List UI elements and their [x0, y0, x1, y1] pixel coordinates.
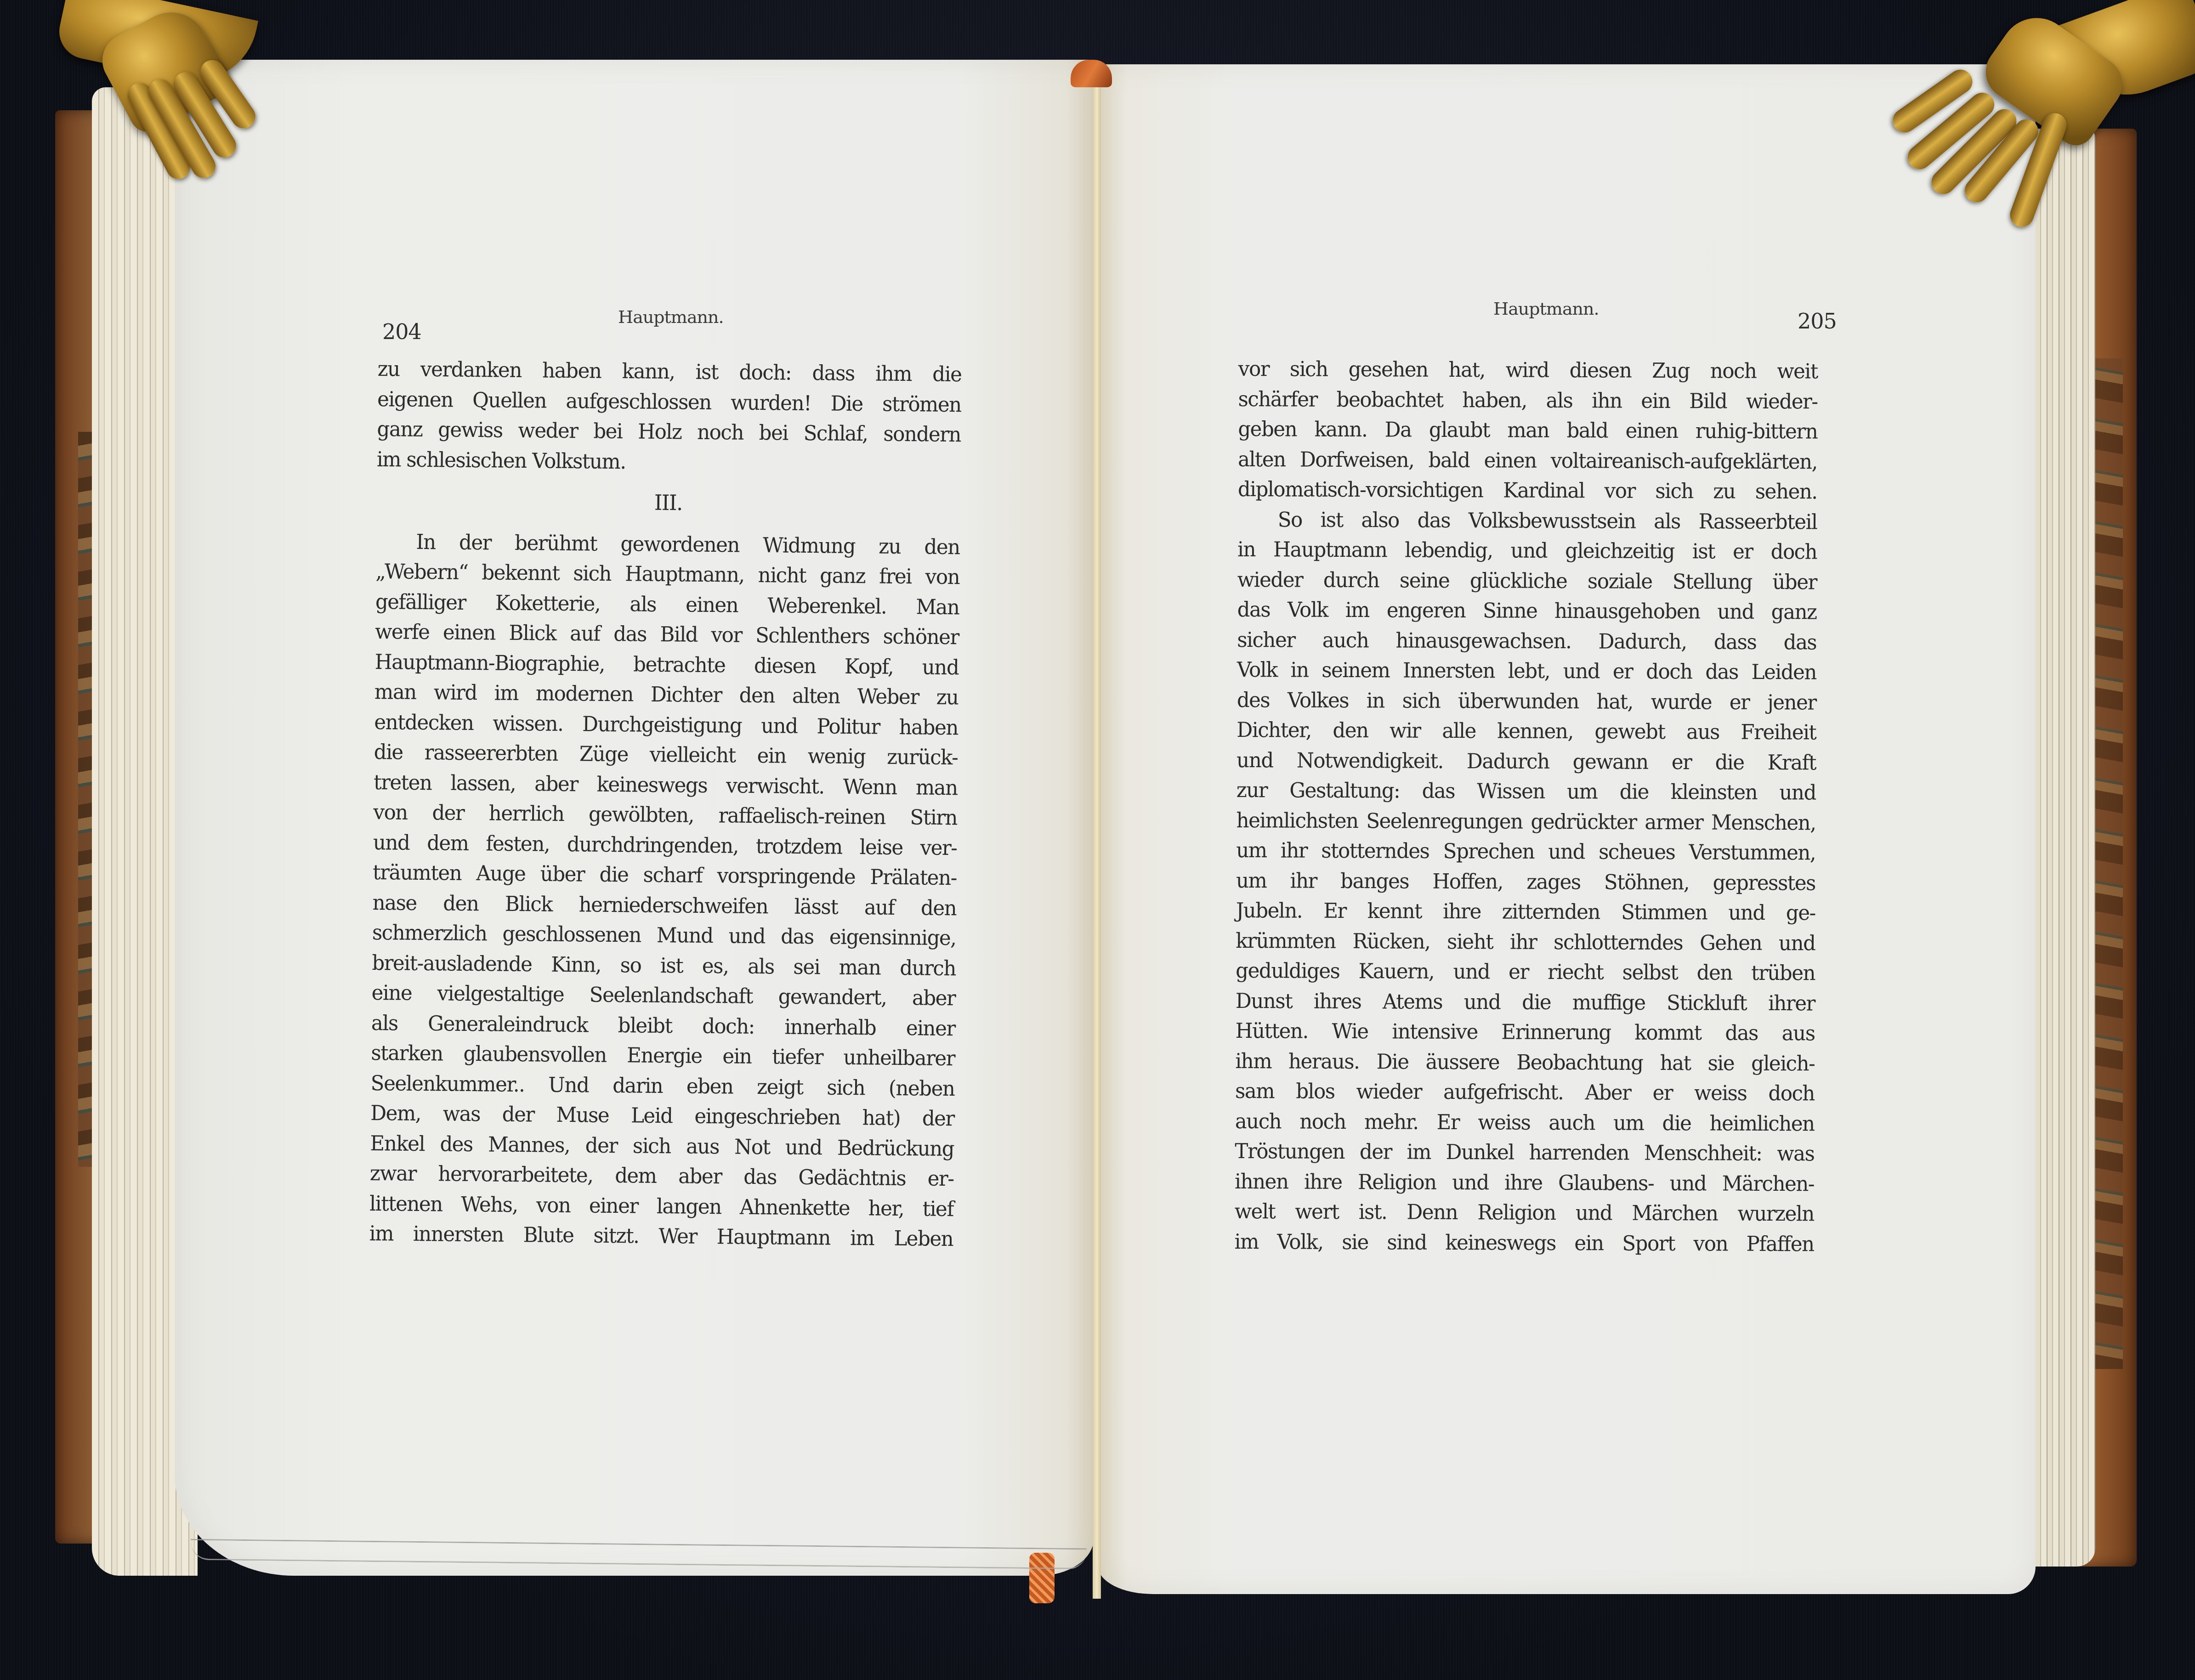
text-line: gefälliger Koketterie, als einen Weberen… [375, 586, 959, 622]
text-line: breit-ausladende Kinn, so ist es, als se… [372, 947, 956, 983]
text-line: wieder durch seine glückliche soziale St… [1237, 564, 1817, 597]
running-head-right: Hauptmann. [1493, 299, 1599, 319]
text-line: So ist also das Volksbewusstsein als Ras… [1237, 504, 1817, 537]
text-line: und Notwendigkeit. Dadurch gewann er die… [1236, 745, 1816, 777]
text-line: man wird im modernen Dichter den alten W… [374, 677, 959, 713]
text-line: heimlichsten Seelenregungen gedrückter a… [1236, 805, 1815, 837]
text-line: Tröstungen der im Dunkel harrenden Mensc… [1235, 1136, 1814, 1169]
text-line: treten lassen, aber keineswegs verwischt… [374, 767, 958, 803]
headband-top [1071, 60, 1112, 87]
text-line: Jubeln. Er kennt ihre zitternden Stimmen… [1236, 895, 1815, 928]
text-line: ganz gewiss weder bei Holz noch bei Schl… [377, 414, 961, 450]
text-line: um ihr stotterndes Sprechen und scheues … [1236, 835, 1815, 868]
text-line: krümmten Rücken, sieht ihr schlotterndes… [1236, 925, 1815, 958]
text-line: entdecken wissen. Durchgeistigung und Po… [374, 707, 958, 742]
text-line: im Volk, sie sind keineswegs ein Sport v… [1234, 1226, 1814, 1259]
text-line: geben kann. Da glaubt man bald einen ruh… [1238, 414, 1817, 447]
text-line: Hütten. Wie intensive Erinnerung kommt d… [1235, 1016, 1815, 1048]
text-line: sam blos wieder aufgefrischt. Aber er we… [1235, 1076, 1815, 1109]
text-line: zu verdanken haben kann, ist doch: dass … [377, 354, 961, 390]
text-line: littenen Wehs, von einer langen Ahnenket… [369, 1188, 953, 1224]
text-line: geduldiges Kauern, und er riecht selbst … [1236, 956, 1815, 988]
text-line: auch noch mehr. Er weiss auch um die hei… [1235, 1106, 1815, 1138]
book-gutter [1093, 69, 1101, 1599]
text-line: Dunst ihres Atems und die muffige Stickl… [1236, 985, 1815, 1018]
left-page-text: zu verdanken haben kann, ist doch: dass … [369, 354, 961, 1254]
text-line: eine vielgestaltige Seelenlandschaft gew… [371, 978, 955, 1013]
text-line: Hauptmann-Biographie, betrachte diesen K… [374, 646, 959, 682]
page-number-right: 205 [1798, 309, 1837, 334]
text-line: Enkel des Mannes, der sich aus Not und B… [370, 1128, 954, 1164]
text-line: und dem festen, durchdringenden, trotzde… [373, 827, 957, 863]
text-line: starken glaubensvollen Energie ein tiefe… [371, 1038, 955, 1074]
text-line: vor sich gesehen hat, wird diesen Zug no… [1238, 354, 1818, 386]
text-line: von der herrlich gewölbten, raffaelisch-… [373, 797, 957, 833]
text-line: diplomatisch-vorsichtigen Kardinal vor s… [1238, 474, 1817, 507]
text-line: welt wert ist. Denn Religion und Märchen… [1235, 1196, 1814, 1229]
text-line: eigenen Quellen aufgeschlossen wurden! D… [377, 384, 961, 419]
text-line: nase den Blick herniederschweifen lässt … [372, 887, 956, 923]
text-line: schärfer beobachtet haben, als ihn ein B… [1238, 384, 1817, 416]
text-line: Dichter, den wir alle kennen, gewebt aus… [1236, 715, 1816, 747]
text-line: als Generaleindruck bleibt doch: innerha… [371, 1007, 955, 1043]
text-line: das Volk im engeren Sinne hinausgehoben … [1237, 594, 1816, 627]
text-line: „Webern“ bekennt sich Hauptmann, nicht g… [375, 556, 959, 592]
book-photo: 204 Hauptmann. zu verdanken haben kann, … [0, 0, 2195, 1680]
text-line: schmerzlich geschlossenen Mund und das e… [372, 917, 956, 953]
text-line: Seelenkummer.. Und darin eben zeigt sich… [370, 1068, 954, 1103]
page-number-left: 204 [382, 319, 421, 344]
text-line: zur Gestaltung: das Wissen um die kleins… [1236, 775, 1816, 808]
text-line: im innersten Blute sitzt. Wer Hauptmann … [369, 1218, 953, 1254]
text-line: werfe einen Blick auf das Bild vor Schle… [375, 617, 959, 652]
section-heading: III. [376, 485, 960, 521]
text-line: ihm heraus. Die äussere Beobachtung hat … [1235, 1046, 1815, 1078]
text-line: in Hauptmann lebendig, und gleichzeitig … [1237, 534, 1817, 567]
text-line: um ihr banges Hoffen, zages Stöhnen, gep… [1236, 865, 1815, 898]
running-head-left: Hauptmann. [618, 307, 724, 327]
text-line: Dem, was der Muse Leid eingeschrieben ha… [370, 1098, 954, 1134]
text-line: sicher auch hinausgewachsen. Dadurch, da… [1237, 624, 1816, 657]
text-line: Volk in seinem Innersten lebt, und er do… [1237, 655, 1816, 687]
text-line: zwar hervorarbeitete, dem aber das Gedäc… [370, 1158, 954, 1194]
text-line: In der berühmt gewordenen Widmung zu den [376, 526, 960, 562]
text-line: des Volkes in sich überwunden hat, wurde… [1237, 684, 1816, 717]
text-line: ihnen ihre Religion und ihre Glaubens- u… [1235, 1166, 1814, 1199]
text-line: träumten Auge über die scharf vorspringe… [373, 857, 957, 893]
text-line: alten Dorfweisen, bald einen voltaireani… [1238, 444, 1817, 476]
text-line: die rasseererbten Züge vielleicht ein we… [374, 737, 958, 773]
right-page-text: vor sich gesehen hat, wird diesen Zug no… [1234, 354, 1818, 1259]
text-line: im schlesischen Volkstum. [376, 444, 960, 480]
